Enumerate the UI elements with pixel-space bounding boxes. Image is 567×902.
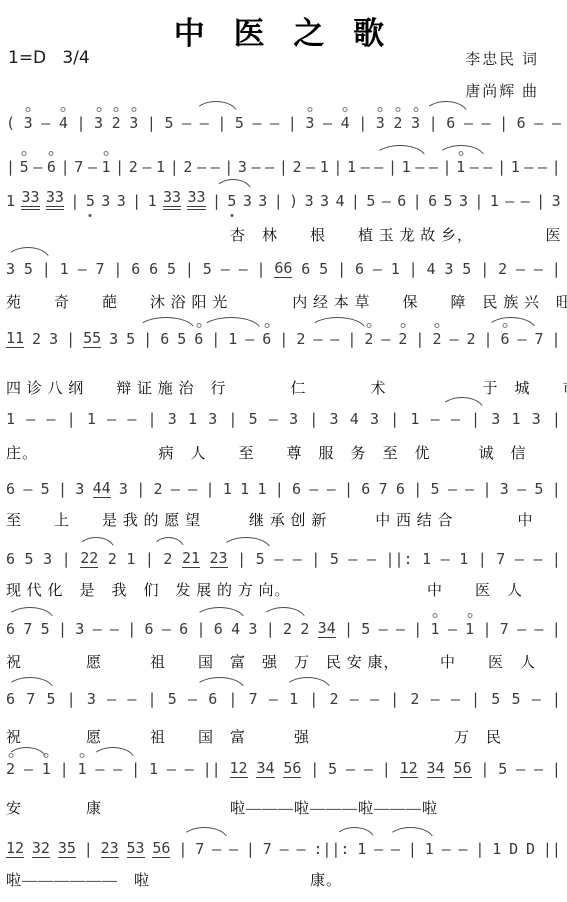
note: 5 [328, 761, 337, 778]
slur-arc [91, 747, 135, 760]
note: 3 [49, 331, 58, 348]
note: 5 [164, 115, 173, 132]
note: 3 [444, 261, 453, 278]
music-line-1: (3—4|323|5——|5——|3—4|323|6——|6—— [6, 100, 561, 132]
note: 5 [20, 159, 29, 176]
note: — [429, 159, 438, 176]
note: 3 [411, 115, 420, 132]
barline: | [415, 331, 424, 348]
note: — [269, 691, 278, 708]
note: 1 [223, 481, 232, 498]
note: 6 [6, 691, 15, 708]
barline: | [256, 261, 265, 278]
note: — [26, 411, 35, 428]
note: 3 [243, 193, 252, 210]
note: 3 [552, 193, 561, 210]
barline: | [552, 159, 561, 176]
note: — [229, 841, 238, 858]
note: 5 [249, 411, 258, 428]
barline: | [185, 261, 194, 278]
note: 3 [87, 691, 96, 708]
note: — [95, 761, 104, 778]
barline: | [552, 261, 561, 278]
note: — [524, 159, 533, 176]
note: 5 [319, 261, 328, 278]
note: — [518, 331, 527, 348]
slur-arc [6, 247, 50, 260]
slur-arc [486, 317, 536, 330]
note: 3 [168, 411, 177, 428]
barline: | [275, 481, 284, 498]
note: — [253, 115, 262, 132]
note: 3 [320, 193, 329, 210]
note: 1 [240, 481, 249, 498]
note: 2 [283, 621, 292, 638]
note: 3 [258, 193, 267, 210]
note: 2 [112, 115, 121, 132]
slur-arc [214, 179, 252, 192]
barline: | [212, 193, 221, 210]
barline: | [552, 621, 561, 638]
barline: || [203, 761, 221, 778]
note: 3 [330, 411, 339, 428]
barline: | [475, 841, 484, 858]
barline: | [482, 621, 491, 638]
note: 1 [126, 551, 135, 568]
barline: | [390, 411, 399, 428]
note: — [449, 331, 458, 348]
slur-arc [137, 317, 195, 330]
barline: | [347, 331, 356, 348]
barline: | [170, 159, 179, 176]
note: 44 [93, 480, 111, 498]
barline: | [196, 621, 205, 638]
barline: | [143, 331, 152, 348]
note: — [350, 691, 359, 708]
note: 7 [249, 691, 258, 708]
music-line-2: |5—6|7—1|2—1|2——|3——|2—1|1——|1——|1——|1——… [6, 144, 561, 176]
barline: | [131, 761, 140, 778]
note: 2 [398, 331, 407, 348]
composer-credit: 唐尚辉 曲 [465, 80, 539, 101]
note: D [509, 841, 518, 858]
barline: | [471, 411, 480, 428]
note: 1 [357, 841, 366, 858]
lyric-line-2: 苑 奇 葩 沐 浴 阳 光 内 经 本 草 保 障 民 族 兴 旺 [6, 291, 567, 312]
note: — [188, 481, 197, 498]
note: 4 [350, 411, 359, 428]
note: — [306, 159, 315, 176]
note: 4 [231, 621, 240, 638]
note: — [185, 761, 194, 778]
note: — [127, 691, 136, 708]
note: 1 [148, 193, 157, 210]
barline: | [66, 331, 75, 348]
note: 1 [422, 551, 431, 568]
barline: | [62, 551, 71, 568]
barline: | [67, 411, 76, 428]
note: 1 [87, 411, 96, 428]
note: ( [6, 115, 15, 132]
note: — [221, 261, 230, 278]
barline: | [58, 621, 67, 638]
barline: | [61, 159, 70, 176]
barline: | [147, 115, 156, 132]
note: 4 [335, 193, 344, 210]
note: 2 [163, 551, 172, 568]
note: — [534, 261, 543, 278]
note: 3 [238, 159, 247, 176]
note: — [167, 761, 176, 778]
note: — [391, 841, 400, 858]
music-line-6: 1——|1——|313|5—3|343|1——|313| [6, 396, 561, 428]
note: 5 [24, 261, 33, 278]
barline: | [178, 841, 187, 858]
note: 3 [129, 115, 138, 132]
barline: | [148, 691, 157, 708]
slur-arc [77, 537, 115, 550]
note: 6 [361, 481, 370, 498]
note: 3 [305, 193, 314, 210]
note: 5 [256, 551, 265, 568]
barline: | [266, 621, 275, 638]
slur-arc [261, 607, 306, 620]
note: — [23, 481, 32, 498]
note: — [515, 551, 524, 568]
barline: | [337, 261, 346, 278]
note: — [451, 411, 460, 428]
note: — [552, 115, 561, 132]
note: — [483, 159, 492, 176]
note: 6 [446, 115, 455, 132]
barline: | [136, 481, 145, 498]
note: 6 [194, 331, 203, 348]
barline: | [42, 261, 51, 278]
note: 2 [498, 261, 507, 278]
note: 56 [152, 840, 170, 858]
barline: | [536, 193, 545, 210]
note: 7 [74, 159, 83, 176]
barline: | [358, 115, 367, 132]
note: 5 [168, 691, 177, 708]
note: 1 [410, 411, 419, 428]
note: — [330, 331, 339, 348]
note: — [313, 331, 322, 348]
note: 6 [6, 621, 15, 638]
barline: | [413, 481, 422, 498]
barline: | [115, 159, 124, 176]
note: 3 [376, 115, 385, 132]
slur-arc [334, 827, 375, 840]
note: 3 [109, 331, 118, 348]
note: 1 [156, 159, 165, 176]
note: 2 [393, 115, 402, 132]
note: 6 [517, 115, 526, 132]
note: 1 [431, 621, 440, 638]
barline: | [311, 551, 320, 568]
note: 33 [21, 189, 39, 210]
note: — [269, 411, 278, 428]
note: 6 [397, 193, 406, 210]
music-line-7: 6—5|3443|2——|111|6——|676|5——|3—5| [6, 466, 561, 498]
note: — [41, 115, 50, 132]
note: — [534, 621, 543, 638]
note: — [309, 481, 318, 498]
barline: | [333, 159, 342, 176]
barline: | [408, 841, 417, 858]
note: 5 [534, 481, 543, 498]
barline: | [480, 261, 489, 278]
barline: | [552, 761, 561, 778]
note: 6 [179, 621, 188, 638]
note: 7 [26, 691, 35, 708]
note: 6 [501, 331, 510, 348]
note: — [200, 115, 209, 132]
note: 5 [46, 691, 55, 708]
barline: | [390, 691, 399, 708]
barline: | [310, 761, 319, 778]
note: — [431, 411, 440, 428]
note: 34 [256, 760, 274, 778]
note: — [382, 193, 391, 210]
barline: | [429, 115, 438, 132]
note: 34 [318, 620, 336, 638]
note: — [465, 481, 474, 498]
barline: | [552, 551, 561, 568]
note: — [265, 159, 274, 176]
note: 6 [47, 159, 56, 176]
note: — [346, 761, 355, 778]
lyric-line-7: 祝 愿 祖 国 富 强 万 民 安 康， 中 医 人 [6, 651, 536, 672]
note: 1 [320, 159, 329, 176]
note: — [533, 551, 542, 568]
note: 3 [43, 551, 52, 568]
note: 5 [361, 621, 370, 638]
note: 5 [41, 621, 50, 638]
slur-arc [194, 607, 245, 620]
note: — [517, 621, 526, 638]
note: — [182, 115, 191, 132]
song-title: 中 医 之 歌 [0, 8, 567, 53]
note: 7 [379, 481, 388, 498]
note: 23 [210, 550, 228, 568]
note: — [381, 331, 390, 348]
barline: | [552, 411, 561, 428]
note: 5 [462, 261, 471, 278]
slur-arc [440, 397, 484, 410]
note: 7 [496, 551, 505, 568]
note: — [373, 261, 382, 278]
note: 7 [95, 261, 104, 278]
note: 1 [511, 411, 520, 428]
note: 2 [330, 691, 339, 708]
barline: | [127, 621, 136, 638]
lyric-line-8: 祝 愿 祖 国 富 强 万 民 [6, 726, 502, 747]
music-line-11: 2—1|1——|1——||123456|5——|123456|5——| [6, 746, 561, 778]
note: — [534, 761, 543, 778]
note: 35 [58, 840, 76, 858]
note: 1 [347, 159, 356, 176]
note: — [107, 691, 116, 708]
lyricist-credit: 李忠民 词 [465, 48, 539, 69]
barline: | [478, 551, 487, 568]
note: 56 [283, 760, 301, 778]
note: 3 [75, 621, 84, 638]
barline: | [148, 411, 157, 428]
barline: | [552, 331, 561, 348]
note: 6 [214, 621, 223, 638]
barline: | [309, 411, 318, 428]
note: 2 [32, 331, 41, 348]
barline: | [224, 159, 233, 176]
note: — [110, 621, 119, 638]
note: 2 [432, 331, 441, 348]
note: 1 [60, 261, 69, 278]
note: — [142, 159, 151, 176]
note: 3 [370, 411, 379, 428]
note: — [296, 841, 305, 858]
note: 3 [289, 411, 298, 428]
lyric-line-5: 至 上 是 我 的 愿 望 继 承 创 新 中 西 结 合 中 医 [6, 509, 567, 530]
barline: | [84, 841, 93, 858]
note: — [364, 761, 373, 778]
slur-arc [6, 607, 54, 620]
note: — [245, 331, 254, 348]
note: — [162, 621, 171, 638]
note: 3 [75, 481, 84, 498]
note: 2 [108, 551, 117, 568]
note: 11 [6, 330, 24, 348]
barline: | [274, 193, 283, 210]
note: 1 [188, 411, 197, 428]
note: 1 [511, 159, 520, 176]
barline: | [482, 481, 491, 498]
note: 1 [425, 841, 434, 858]
barline: | [382, 761, 391, 778]
note: 2 [410, 691, 419, 708]
note: 5 [227, 193, 236, 210]
note: 2 [292, 159, 301, 176]
barline: | [113, 261, 122, 278]
barline: | [309, 691, 318, 708]
note: — [239, 261, 248, 278]
lyric-line-4: 庄。 病 人 至 尊 服 务 至 优 诚 信 [6, 442, 527, 463]
note: — [88, 159, 97, 176]
note: ) [289, 193, 298, 210]
note: — [517, 481, 526, 498]
slur-arc [374, 145, 426, 158]
note: 4 [59, 115, 68, 132]
note: — [327, 481, 336, 498]
note: 1 [465, 621, 474, 638]
note: 7 [23, 621, 32, 638]
lyric-line-3: 四 诊 八 纲 辩 证 施 治 行 仁 术 于 城 市 村 [6, 377, 567, 398]
barline: | [237, 551, 246, 568]
note: 5 [330, 551, 339, 568]
lyric-line-6: 现 代 化 是 我 们 发 展 的 方 向。 中 医 人 [6, 579, 523, 600]
barline: || [543, 841, 561, 858]
barline: | [205, 481, 214, 498]
note: 6 [6, 551, 15, 568]
note: 3 [491, 411, 500, 428]
barline: | [499, 115, 508, 132]
note: 3 [117, 193, 126, 210]
note: 5 [167, 261, 176, 278]
note: 12 [230, 760, 248, 778]
note: — [212, 841, 221, 858]
note: 2 [364, 331, 373, 348]
note: 6 [6, 481, 15, 498]
note: — [470, 159, 479, 176]
note: 32 [32, 840, 50, 858]
note: 7 [263, 841, 272, 858]
barline: | [344, 481, 353, 498]
note: 12 [6, 840, 24, 858]
note: — [252, 159, 261, 176]
barline: | [211, 331, 220, 348]
note: 7 [535, 331, 544, 348]
barline: | [279, 331, 288, 348]
note: 2 [129, 159, 138, 176]
note: — [521, 193, 530, 210]
note: 2 [296, 331, 305, 348]
note: 6 [428, 193, 437, 210]
note: 6 [149, 261, 158, 278]
barline: | [443, 159, 452, 176]
note: 55 [83, 330, 101, 348]
note: — [464, 115, 473, 132]
barline: | [76, 115, 85, 132]
slur-arc [152, 537, 185, 550]
note: — [348, 551, 357, 568]
note: — [197, 159, 206, 176]
note: 34 [427, 760, 445, 778]
music-line-10: 675|3——|5—6|7—1|2——|2——|55—| [6, 676, 561, 708]
note: — [24, 761, 33, 778]
note: — [516, 261, 525, 278]
barline: | [480, 761, 489, 778]
note: — [442, 841, 451, 858]
note: 3 [248, 621, 257, 638]
barline: :||: [313, 841, 349, 858]
note: 21 [182, 550, 200, 568]
note: 5 [498, 761, 507, 778]
note: 1 [42, 761, 51, 778]
barline: | [344, 621, 353, 638]
barline: | [246, 841, 255, 858]
note: — [78, 261, 87, 278]
note: — [113, 761, 122, 778]
note: — [367, 551, 376, 568]
barline: | [409, 261, 418, 278]
note: 2 [183, 159, 192, 176]
barline: | [413, 193, 422, 210]
note: 7 [500, 621, 509, 638]
note: 5 [431, 481, 440, 498]
note: — [516, 761, 525, 778]
note: 5 [511, 691, 520, 708]
music-line-3: 13333|533|13333|533|)334|5—6|653|1——|3 [6, 178, 561, 210]
note: 2 [466, 331, 475, 348]
note: — [211, 159, 220, 176]
note: 1 [391, 261, 400, 278]
barline: | [497, 159, 506, 176]
note: 33 [163, 189, 181, 210]
note: 1 [149, 761, 158, 778]
music-line-4: 35|1—7|665|5——|6665|6—1|435|2——| [6, 246, 561, 278]
note: 6 [301, 261, 310, 278]
note: 4 [427, 261, 436, 278]
